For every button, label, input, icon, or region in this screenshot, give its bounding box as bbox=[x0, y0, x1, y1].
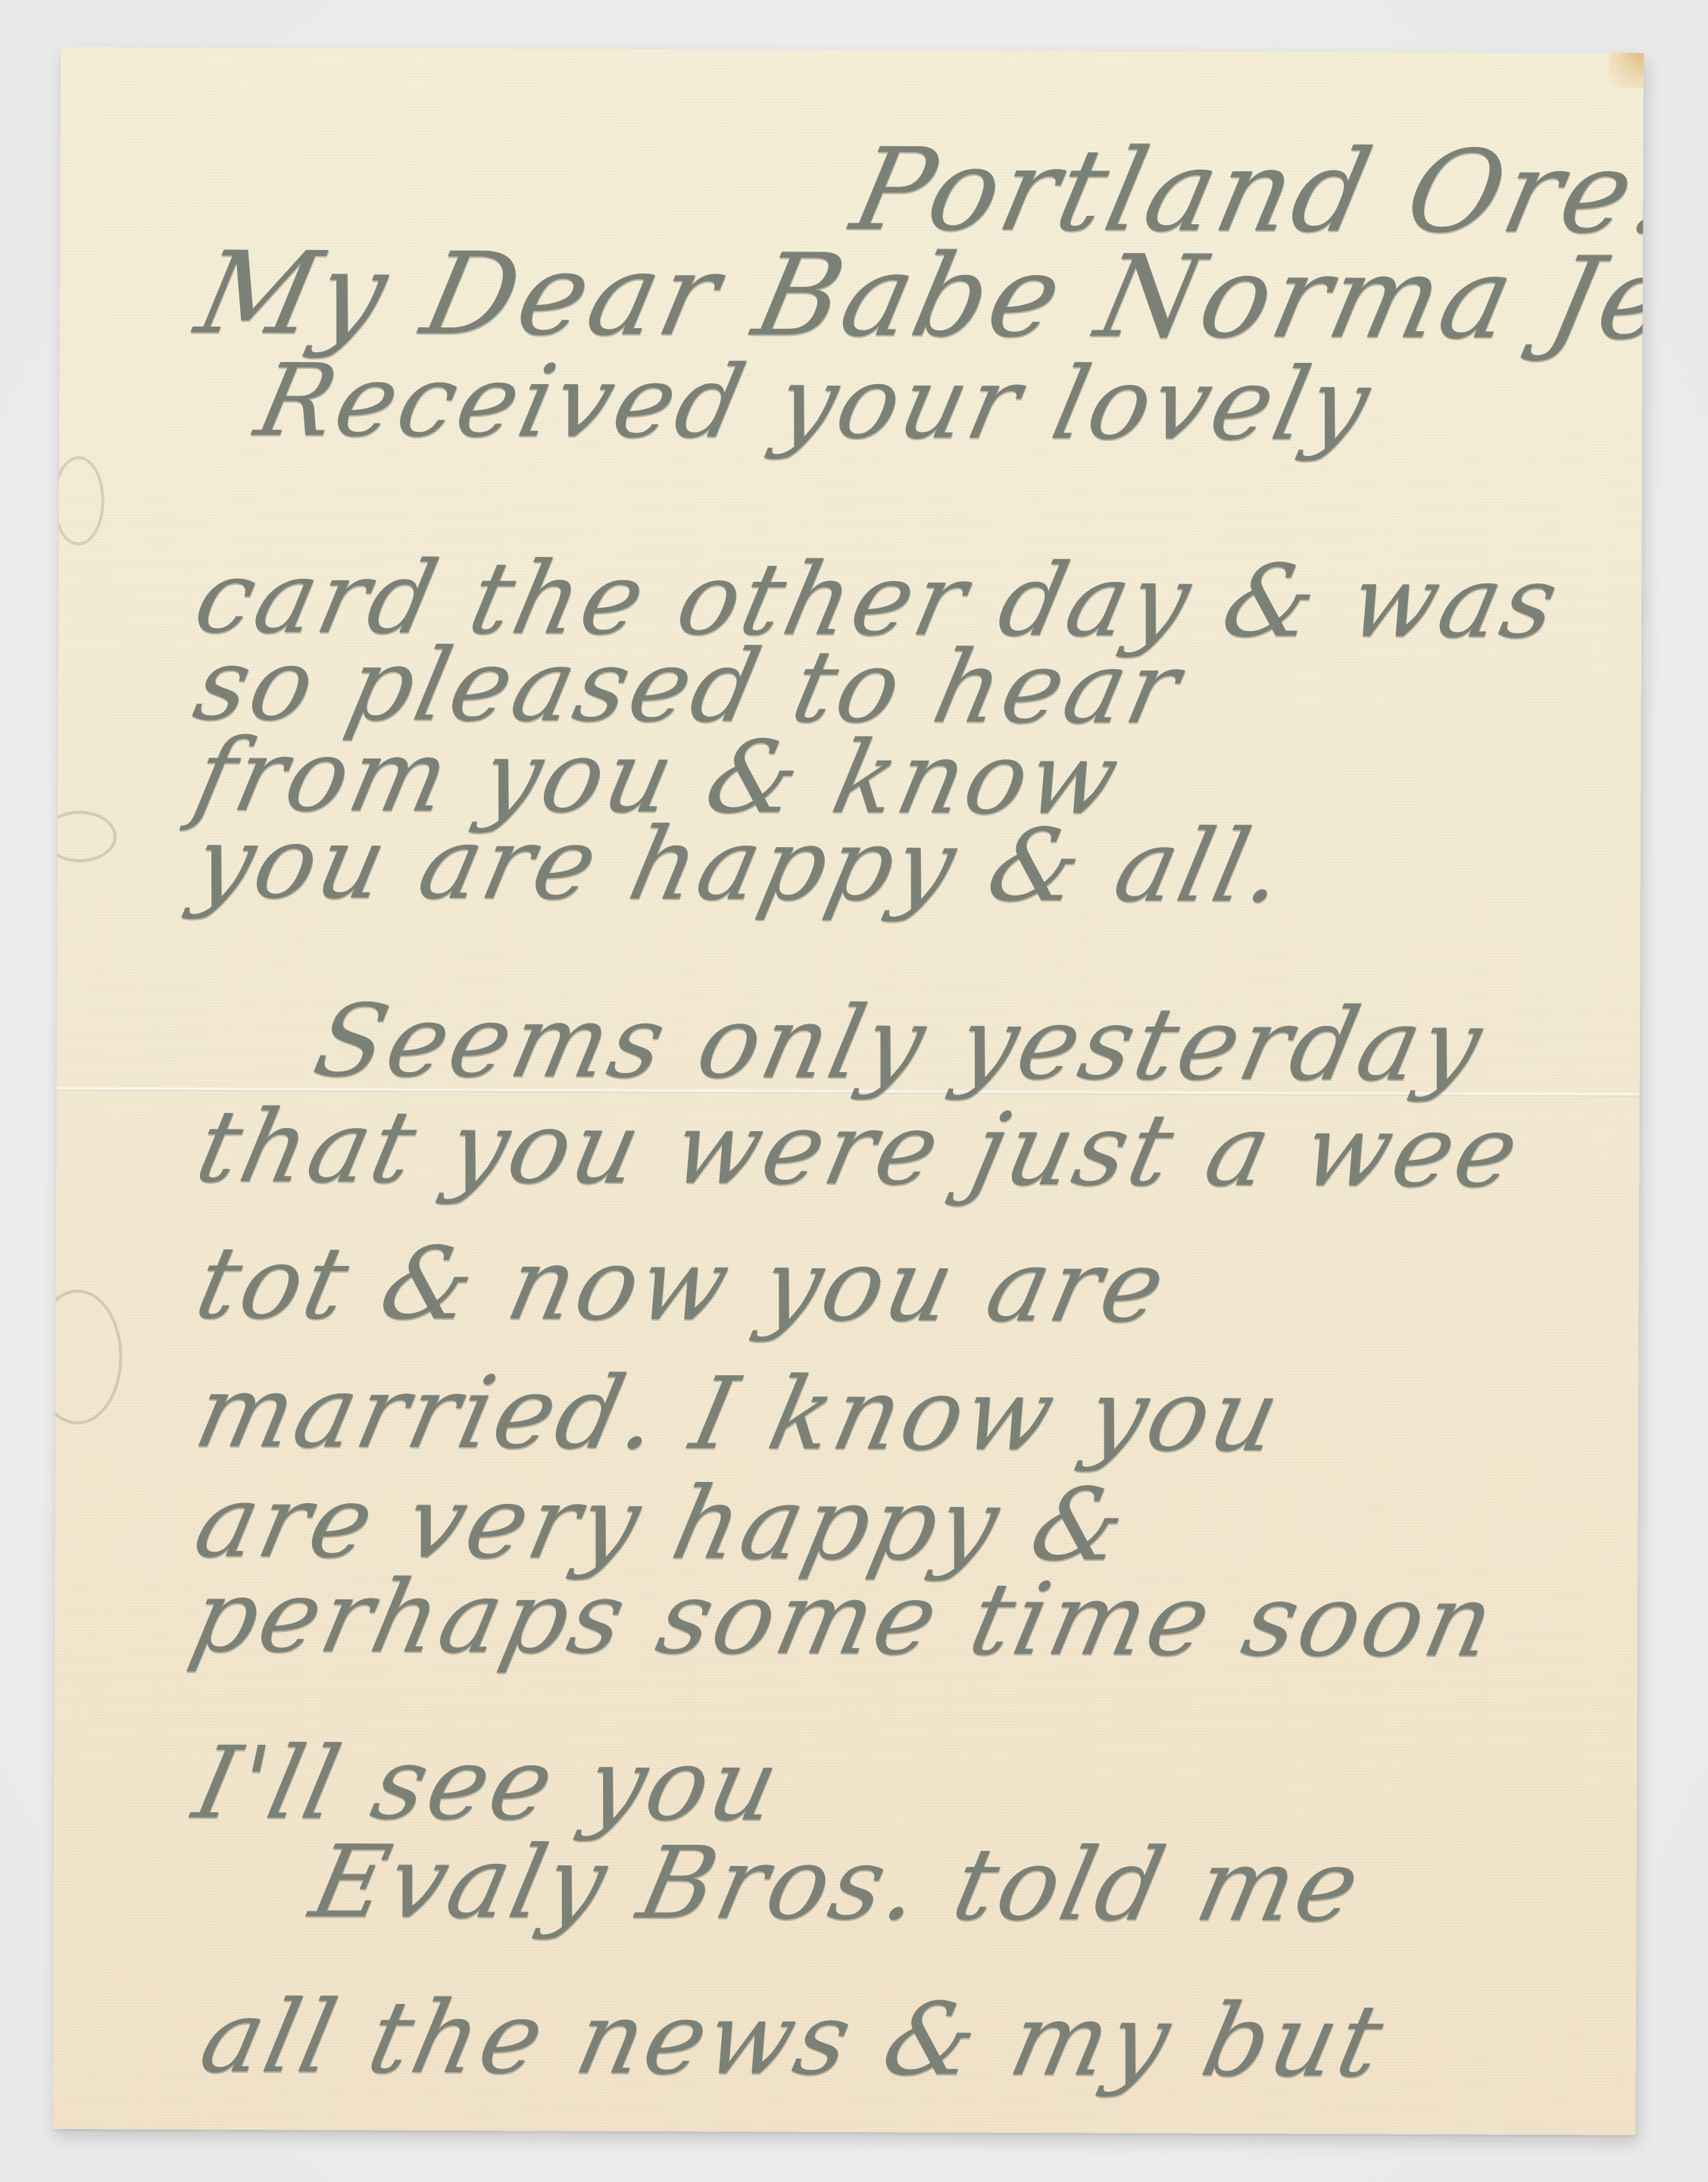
corner-stain bbox=[1609, 53, 1644, 88]
letter-line: Received your lovely bbox=[248, 351, 1381, 455]
letter-line: all the news & my but bbox=[193, 1987, 1394, 2092]
letter-line: married. I know you bbox=[188, 1362, 1291, 1466]
letter-line: that you were just a wee bbox=[189, 1097, 1529, 1202]
letter-salutation: My Dear Babe Norma Jeane, bbox=[188, 237, 1644, 358]
letter-line: you are happy & all. bbox=[186, 813, 1296, 917]
letter-line: perhaps some time soon bbox=[183, 1567, 1505, 1671]
bleed-through-mark bbox=[52, 811, 117, 862]
bleed-through-mark bbox=[52, 1290, 122, 1424]
letter-page: Portland Ore. My Dear Babe Norma Jeane, … bbox=[52, 47, 1644, 2135]
letter-line: Evaly Bros. told me bbox=[303, 1832, 1370, 1936]
bleed-through-mark bbox=[52, 456, 104, 545]
letter-line: tot & now you are bbox=[188, 1233, 1176, 1337]
letter-line: I'll see you bbox=[186, 1733, 789, 1836]
letter-line: Seems only yesterday bbox=[307, 991, 1493, 1096]
